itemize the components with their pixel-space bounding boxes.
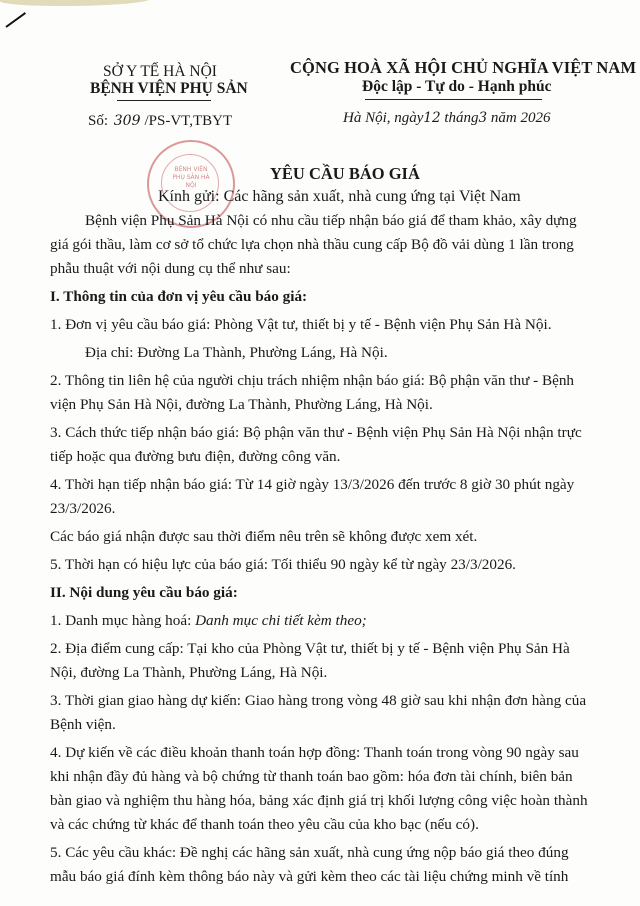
s2-item-5-line-1: 5. Các yêu cầu khác: Đề nghị các hãng sả… [50, 844, 569, 862]
motto-underline [365, 99, 542, 100]
pen-mark [5, 12, 26, 28]
s1-item-3-line-1: 3. Cách thức tiếp nhận báo giá: Bộ phận … [50, 424, 582, 442]
date-month-handwritten: 3 [479, 110, 488, 126]
org-name: BỆNH VIỆN PHỤ SẢN [90, 80, 240, 98]
nation-title: CỘNG HOÀ XÃ HỘI CHỦ NGHĨA VIỆT NAM [290, 58, 636, 78]
s2-item-1: 1. Danh mục hàng hoá: Danh mục chi tiết … [50, 612, 367, 630]
s2-item-5-line-2: mẫu báo giá đính kèm thông báo này và gử… [50, 868, 568, 886]
section-1-heading: I. Thông tin của đơn vị yêu cầu báo giá: [50, 288, 307, 306]
ref-number-handwritten: 309 [114, 113, 141, 129]
date-line: Hà Nội, ngày12 tháng3 năm 2026 [343, 110, 550, 127]
intro-line-3: phẫu thuật với nội dung cụ thể như sau: [50, 260, 291, 278]
ref-suffix: /PS-VT,TBYT [145, 113, 233, 129]
s1-item-1: 1. Đơn vị yêu cầu báo giá: Phòng Vật tư,… [50, 316, 552, 334]
s1-item-3-line-2: tiếp hoặc qua đường bưu điện, đường công… [50, 448, 340, 466]
section-2-heading: II. Nội dung yêu cầu báo giá: [50, 584, 238, 602]
s2-item-2-line-2: Nội, đường La Thành, Phường Láng, Hà Nội… [50, 664, 327, 682]
stamp-text: BỆNH VIỆN PHỤ SẢN HÀ NỘI [169, 166, 213, 190]
org-parent: SỞ Y TẾ HÀ NỘI [95, 63, 225, 81]
s2-item-4-line-3: bàn giao và nghiệm thu hàng hóa, bảng xá… [50, 792, 588, 810]
ref-prefix: Số: [88, 113, 108, 129]
date-place: Hà Nội, ngày [343, 110, 423, 126]
s1-note: Các báo giá nhận được sau thời điểm nêu … [50, 528, 477, 546]
s2-item-2-line-1: 2. Địa điểm cung cấp: Tại kho của Phòng … [50, 640, 570, 658]
date-month-label: tháng [444, 110, 478, 126]
reference-number: Số: 309/PS-VT,TBYT [88, 113, 232, 130]
s2-item-1-label: 1. Danh mục hàng hoá: [50, 612, 195, 629]
s2-item-4-line-4: và các chứng từ khác để thanh toán theo … [50, 816, 479, 834]
s1-item-4-line-1: 4. Thời hạn tiếp nhận báo giá: Từ 14 giờ… [50, 476, 574, 494]
date-year: năm 2026 [491, 110, 551, 126]
s1-item-2-line-1: 2. Thông tin liên hệ của người chịu trác… [50, 372, 574, 390]
s1-item-5: 5. Thời hạn có hiệu lực của báo giá: Tối… [50, 556, 516, 574]
document-title: YÊU CẦU BÁO GIÁ [270, 164, 420, 184]
intro-line-2: giá gói thầu, làm cơ sở tổ chức lựa chọn… [50, 236, 574, 254]
s2-item-3-line-1: 3. Thời gian giao hàng dự kiến: Giao hàn… [50, 692, 586, 710]
s2-item-4-line-1: 4. Dự kiến về các điều khoản thanh toán … [50, 744, 579, 762]
s2-item-4-line-2: khi nhận đầy đủ hàng và bộ chứng từ than… [50, 768, 573, 786]
motto: Độc lập - Tự do - Hạnh phúc [362, 78, 551, 96]
date-day-handwritten: 12 [423, 110, 440, 126]
s1-item-2-line-2: viện Phụ Sản Hà Nội, đường La Thành, Phư… [50, 396, 433, 414]
scan-edge-shadow [0, 0, 150, 6]
recipient-line: Kính gửi: Các hãng sản xuất, nhà cung ứn… [158, 188, 521, 206]
s2-item-3-line-2: Bệnh viện. [50, 716, 116, 734]
s1-item-4-line-2: 23/3/2026. [50, 500, 115, 518]
s1-item-1-address: Địa chỉ: Đường La Thành, Phường Láng, Hà… [85, 344, 388, 362]
org-underline [117, 100, 211, 101]
intro-line-1: Bệnh viện Phụ Sản Hà Nội có nhu cầu tiếp… [85, 212, 577, 230]
s2-item-1-value: Danh mục chi tiết kèm theo; [195, 612, 367, 629]
